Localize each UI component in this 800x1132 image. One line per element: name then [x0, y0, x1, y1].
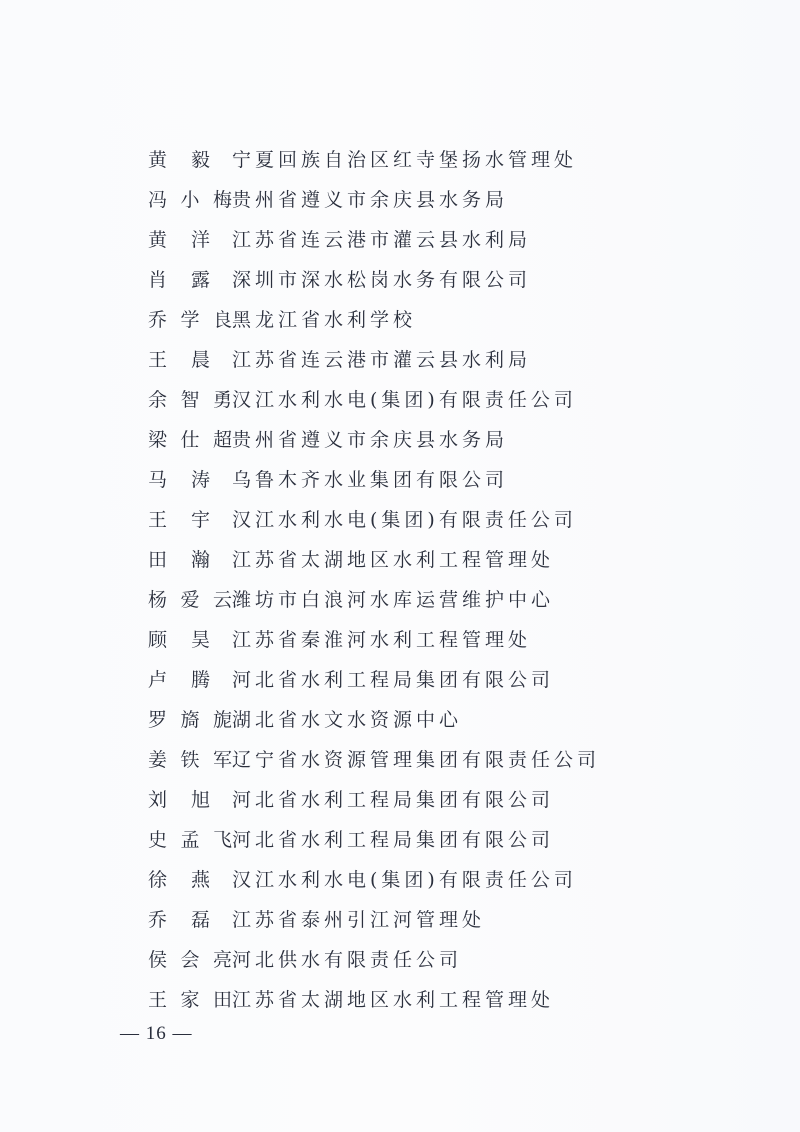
organization-name: 河北省水利工程局集团有限公司 — [232, 780, 554, 820]
person-name: 马涛 — [148, 460, 210, 500]
list-item: 梁仕超贵州省遵义市余庆县水务局 — [148, 420, 708, 460]
list-item: 王宇汉江水利水电(集团)有限责任公司 — [148, 500, 708, 540]
list-item: 田瀚江苏省太湖地区水利工程管理处 — [148, 540, 708, 580]
list-item: 黄毅宁夏回族自治区红寺堡扬水管理处 — [148, 140, 708, 180]
organization-name: 深圳市深水松岗水务有限公司 — [232, 260, 531, 300]
person-name: 姜铁军 — [148, 740, 232, 780]
person-name: 罗旖旎 — [148, 700, 232, 740]
person-name: 侯会亮 — [148, 940, 232, 980]
organization-name: 江苏省太湖地区水利工程管理处 — [232, 980, 554, 1020]
list-item: 马涛乌鲁木齐水业集团有限公司 — [148, 460, 708, 500]
person-name: 王晨 — [148, 340, 210, 380]
list-item: 顾昊江苏省秦淮河水利工程管理处 — [148, 620, 708, 660]
person-name: 乔学良 — [148, 300, 232, 340]
person-name: 杨爱云 — [148, 580, 232, 620]
organization-name: 乌鲁木齐水业集团有限公司 — [232, 460, 508, 500]
person-name: 卢腾 — [148, 660, 210, 700]
organization-name: 河北省水利工程局集团有限公司 — [232, 660, 554, 700]
organization-name: 潍坊市白浪河水库运营维护中心 — [232, 580, 554, 620]
organization-name: 汉江水利水电(集团)有限责任公司 — [232, 500, 577, 540]
person-name: 徐燕 — [148, 860, 210, 900]
organization-name: 河北省水利工程局集团有限公司 — [232, 820, 554, 860]
list-item: 余智勇汉江水利水电(集团)有限责任公司 — [148, 380, 708, 420]
person-name: 刘旭 — [148, 780, 210, 820]
document-page: 黄毅宁夏回族自治区红寺堡扬水管理处冯小梅贵州省遵义市余庆县水务局黄洋江苏省连云港… — [0, 0, 800, 1132]
organization-name: 宁夏回族自治区红寺堡扬水管理处 — [232, 140, 577, 180]
list-item: 乔学良黑龙江省水利学校 — [148, 300, 708, 340]
organization-name: 贵州省遵义市余庆县水务局 — [232, 180, 508, 220]
organization-name: 汉江水利水电(集团)有限责任公司 — [232, 860, 577, 900]
organization-name: 江苏省秦淮河水利工程管理处 — [232, 620, 531, 660]
list-item: 肖露深圳市深水松岗水务有限公司 — [148, 260, 708, 300]
list-item: 冯小梅贵州省遵义市余庆县水务局 — [148, 180, 708, 220]
list-item: 黄洋江苏省连云港市灌云县水利局 — [148, 220, 708, 260]
person-name: 王家田 — [148, 980, 232, 1020]
list-item: 卢腾河北省水利工程局集团有限公司 — [148, 660, 708, 700]
organization-name: 湖北省水文水资源中心 — [232, 700, 462, 740]
list-item: 王家田江苏省太湖地区水利工程管理处 — [148, 980, 708, 1020]
organization-name: 江苏省太湖地区水利工程管理处 — [232, 540, 554, 580]
list-item: 姜铁军辽宁省水资源管理集团有限责任公司 — [148, 740, 708, 780]
page-number: — 16 — — [120, 1023, 193, 1045]
person-name: 乔磊 — [148, 900, 210, 940]
organization-name: 辽宁省水资源管理集团有限责任公司 — [232, 740, 600, 780]
list-item: 史孟飞河北省水利工程局集团有限公司 — [148, 820, 708, 860]
list-item: 王晨江苏省连云港市灌云县水利局 — [148, 340, 708, 380]
person-name: 余智勇 — [148, 380, 232, 420]
list-item: 杨爱云潍坊市白浪河水库运营维护中心 — [148, 580, 708, 620]
name-list: 黄毅宁夏回族自治区红寺堡扬水管理处冯小梅贵州省遵义市余庆县水务局黄洋江苏省连云港… — [148, 140, 708, 1020]
person-name: 黄毅 — [148, 140, 210, 180]
list-item: 乔磊江苏省泰州引江河管理处 — [148, 900, 708, 940]
person-name: 顾昊 — [148, 620, 210, 660]
list-item: 侯会亮河北供水有限责任公司 — [148, 940, 708, 980]
organization-name: 河北供水有限责任公司 — [232, 940, 462, 980]
organization-name: 江苏省连云港市灌云县水利局 — [232, 340, 531, 380]
organization-name: 贵州省遵义市余庆县水务局 — [232, 420, 508, 460]
person-name: 田瀚 — [148, 540, 210, 580]
list-item: 徐燕汉江水利水电(集团)有限责任公司 — [148, 860, 708, 900]
list-item: 刘旭河北省水利工程局集团有限公司 — [148, 780, 708, 820]
list-item: 罗旖旎湖北省水文水资源中心 — [148, 700, 708, 740]
person-name: 肖露 — [148, 260, 210, 300]
organization-name: 江苏省泰州引江河管理处 — [232, 900, 485, 940]
person-name: 黄洋 — [148, 220, 210, 260]
organization-name: 黑龙江省水利学校 — [232, 300, 416, 340]
person-name: 王宇 — [148, 500, 210, 540]
person-name: 史孟飞 — [148, 820, 232, 860]
organization-name: 江苏省连云港市灌云县水利局 — [232, 220, 531, 260]
person-name: 冯小梅 — [148, 180, 232, 220]
organization-name: 汉江水利水电(集团)有限责任公司 — [232, 380, 577, 420]
person-name: 梁仕超 — [148, 420, 232, 460]
